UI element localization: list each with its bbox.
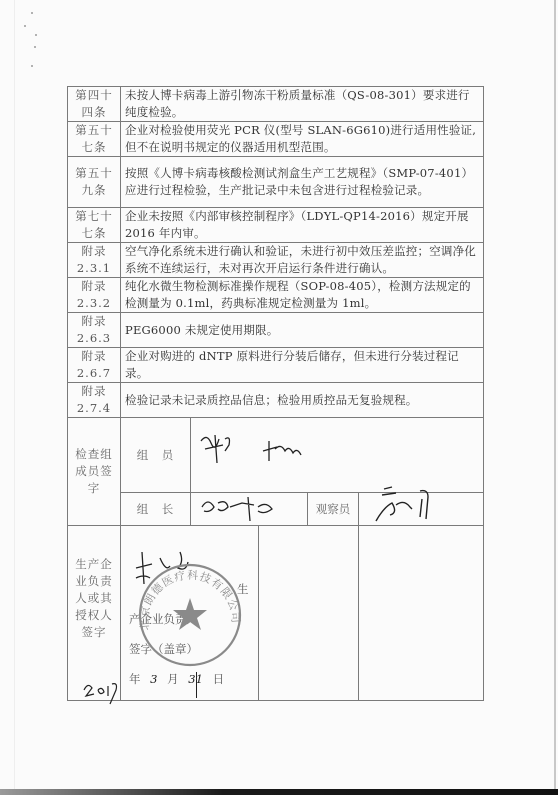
enterprise-section-label: 生产企业负责人或其授权人签字 bbox=[68, 526, 121, 701]
leader-label: 组 长 bbox=[121, 493, 191, 526]
clause-cell: 第五十七条 bbox=[68, 122, 121, 157]
page-edge-right bbox=[554, 0, 556, 790]
finding-row: 附录2.7.4 检验记录未记录质控品信息；检验用质控品无复验规程。 bbox=[68, 383, 484, 418]
clause-cell: 附录2.3.1 bbox=[68, 243, 121, 278]
clause-cell: 第五十九条 bbox=[68, 157, 121, 208]
inspection-team-label: 检查组成员签字 bbox=[68, 418, 121, 526]
company-seal: 北京朗德医疗科技有限公司 bbox=[135, 560, 245, 670]
finding-text: 纯化水微生物检测标准操作规程（SOP-08-405），检测方法规定的检测量为 0… bbox=[121, 278, 484, 313]
leader-signature-field bbox=[191, 493, 308, 526]
observer-label: 观察员 bbox=[308, 493, 359, 526]
scan-speck bbox=[35, 34, 37, 36]
clause-cell: 第七十七条 bbox=[68, 208, 121, 243]
clause-cell: 附录2.6.7 bbox=[68, 348, 121, 383]
year-label: 年 bbox=[129, 672, 141, 686]
member-signature-field bbox=[191, 418, 484, 493]
finding-text: 检验记录未记录质控品信息；检验用质控品无复验规程。 bbox=[121, 383, 484, 418]
month-handwritten: 3 bbox=[150, 672, 157, 686]
scan-bottom-edge bbox=[0, 789, 558, 795]
finding-row: 第五十七条 企业对检验使用荧光 PCR 仪(型号 SLAN-6G610)进行适用… bbox=[68, 122, 484, 157]
finding-row: 第五十九条 按照《人博卡病毒核酸检测试剂盒生产工艺规程》（SMP-07-401）… bbox=[68, 157, 484, 208]
month-label: 月 bbox=[167, 672, 179, 686]
finding-text: 未按人博卡病毒上游引物冻干粉质量标准（QS-08-301）要求进行纯度检验。 bbox=[121, 87, 484, 122]
finding-row: 附录2.3.1 空气净化系统未进行确认和验证，未进行初中效压差监控；空调净化系统… bbox=[68, 243, 484, 278]
finding-text: 企业对购进的 dNTP 原料进行分装后储存，但未进行分装过程记录。 bbox=[121, 348, 484, 383]
finding-row: 附录2.6.3 PEG6000 未规定使用期限。 bbox=[68, 313, 484, 348]
pen-stroke bbox=[196, 672, 197, 698]
clause-cell: 附录2.7.4 bbox=[68, 383, 121, 418]
finding-text: PEG6000 未规定使用期限。 bbox=[121, 313, 484, 348]
finding-row: 附录2.3.2 纯化水微生物检测标准操作规程（SOP-08-405），检测方法规… bbox=[68, 278, 484, 313]
scan-speck bbox=[31, 12, 33, 14]
inspection-findings-table: 第四十四条 未按人博卡病毒上游引物冻干粉质量标准（QS-08-301）要求进行纯… bbox=[67, 86, 484, 701]
scan-speck bbox=[31, 65, 33, 67]
finding-text: 企业未按照《内部审核控制程序》（LDYL-QP14-2016）规定开展 2016… bbox=[121, 208, 484, 243]
blank-cell bbox=[259, 526, 359, 701]
finding-text: 按照《人博卡病毒核酸检测试剂盒生产工艺规程》（SMP-07-401）应进行过程检… bbox=[121, 157, 484, 208]
finding-text: 企业对检验使用荧光 PCR 仪(型号 SLAN-6G610)进行适用性验证,但不… bbox=[121, 122, 484, 157]
finding-row: 附录2.6.7 企业对购进的 dNTP 原料进行分装后储存，但未进行分装过程记录… bbox=[68, 348, 484, 383]
day-label: 日 bbox=[213, 672, 225, 686]
scan-speck bbox=[24, 25, 26, 27]
observer-signature-field bbox=[359, 493, 484, 526]
clause-cell: 附录2.6.3 bbox=[68, 313, 121, 348]
clause-cell: 附录2.3.2 bbox=[68, 278, 121, 313]
blank-cell bbox=[359, 526, 484, 701]
finding-row: 第七十七条 企业未按照《内部审核控制程序》（LDYL-QP14-2016）规定开… bbox=[68, 208, 484, 243]
clause-cell: 第四十四条 bbox=[68, 87, 121, 122]
page-edge-left bbox=[14, 0, 15, 790]
finding-text: 空气净化系统未进行确认和验证，未进行初中效压差监控；空调净化系统不连续运行，未对… bbox=[121, 243, 484, 278]
member-label: 组 员 bbox=[121, 418, 191, 493]
scan-speck bbox=[34, 46, 36, 48]
finding-row: 第四十四条 未按人博卡病毒上游引物冻干粉质量标准（QS-08-301）要求进行纯… bbox=[68, 87, 484, 122]
team-leader-row: 组 长 观察员 bbox=[68, 493, 484, 526]
enterprise-signature-row: 生产企业负责人或其授权人签字 生 产企业负责人 签字（盖章） 年 3 月 31 … bbox=[68, 526, 484, 701]
team-member-row: 检查组成员签字 组 员 bbox=[68, 418, 484, 493]
